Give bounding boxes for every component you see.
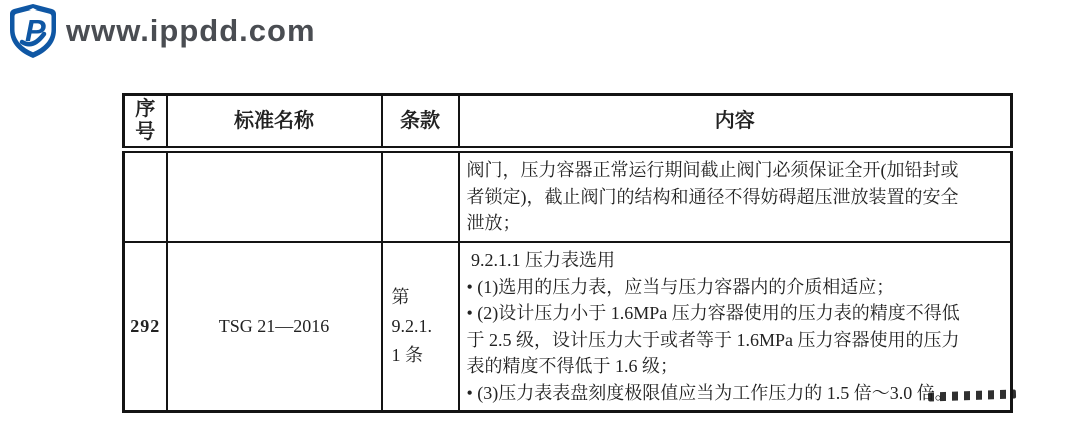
- clause-cell: [382, 150, 459, 243]
- table-row-292: 292 TSG 21—2016 第 9.2.1. 1 条 9.2.1.1 压力表…: [124, 242, 1012, 412]
- standards-table: 序 号 标准名称 条款 内容 阀门，压力容器正常运行期间截止阀门必须保证全开(加…: [122, 93, 1013, 413]
- table-header-row: 序 号 标准名称 条款 内容: [124, 95, 1012, 150]
- header-content: 内容: [459, 95, 1012, 150]
- site-logo: P www.ippdd.com: [8, 3, 316, 59]
- header-standard-name: 标准名称: [167, 95, 382, 150]
- standard-cell: [167, 150, 382, 243]
- header-clause: 条款: [382, 95, 459, 150]
- content-cell: 9.2.1.1 压力表选用 • (1)选用的压力表，应当与压力容器内的介质相适应…: [459, 242, 1012, 412]
- standard-cell: TSG 21—2016: [167, 242, 382, 412]
- header-serial: 序 号: [124, 95, 167, 150]
- serial-cell: [124, 150, 167, 243]
- content-cell: 阀门，压力容器正常运行期间截止阀门必须保证全开(加铅封或 者锁定)，截止阀门的结…: [459, 150, 1012, 243]
- serial-cell: 292: [124, 242, 167, 412]
- clause-cell: 第 9.2.1. 1 条: [382, 242, 459, 412]
- shield-p-icon: P: [8, 3, 58, 59]
- table-row-continuation: 阀门，压力容器正常运行期间截止阀门必须保证全开(加铅封或 者锁定)，截止阀门的结…: [124, 150, 1012, 243]
- site-url-text: www.ippdd.com: [66, 3, 316, 59]
